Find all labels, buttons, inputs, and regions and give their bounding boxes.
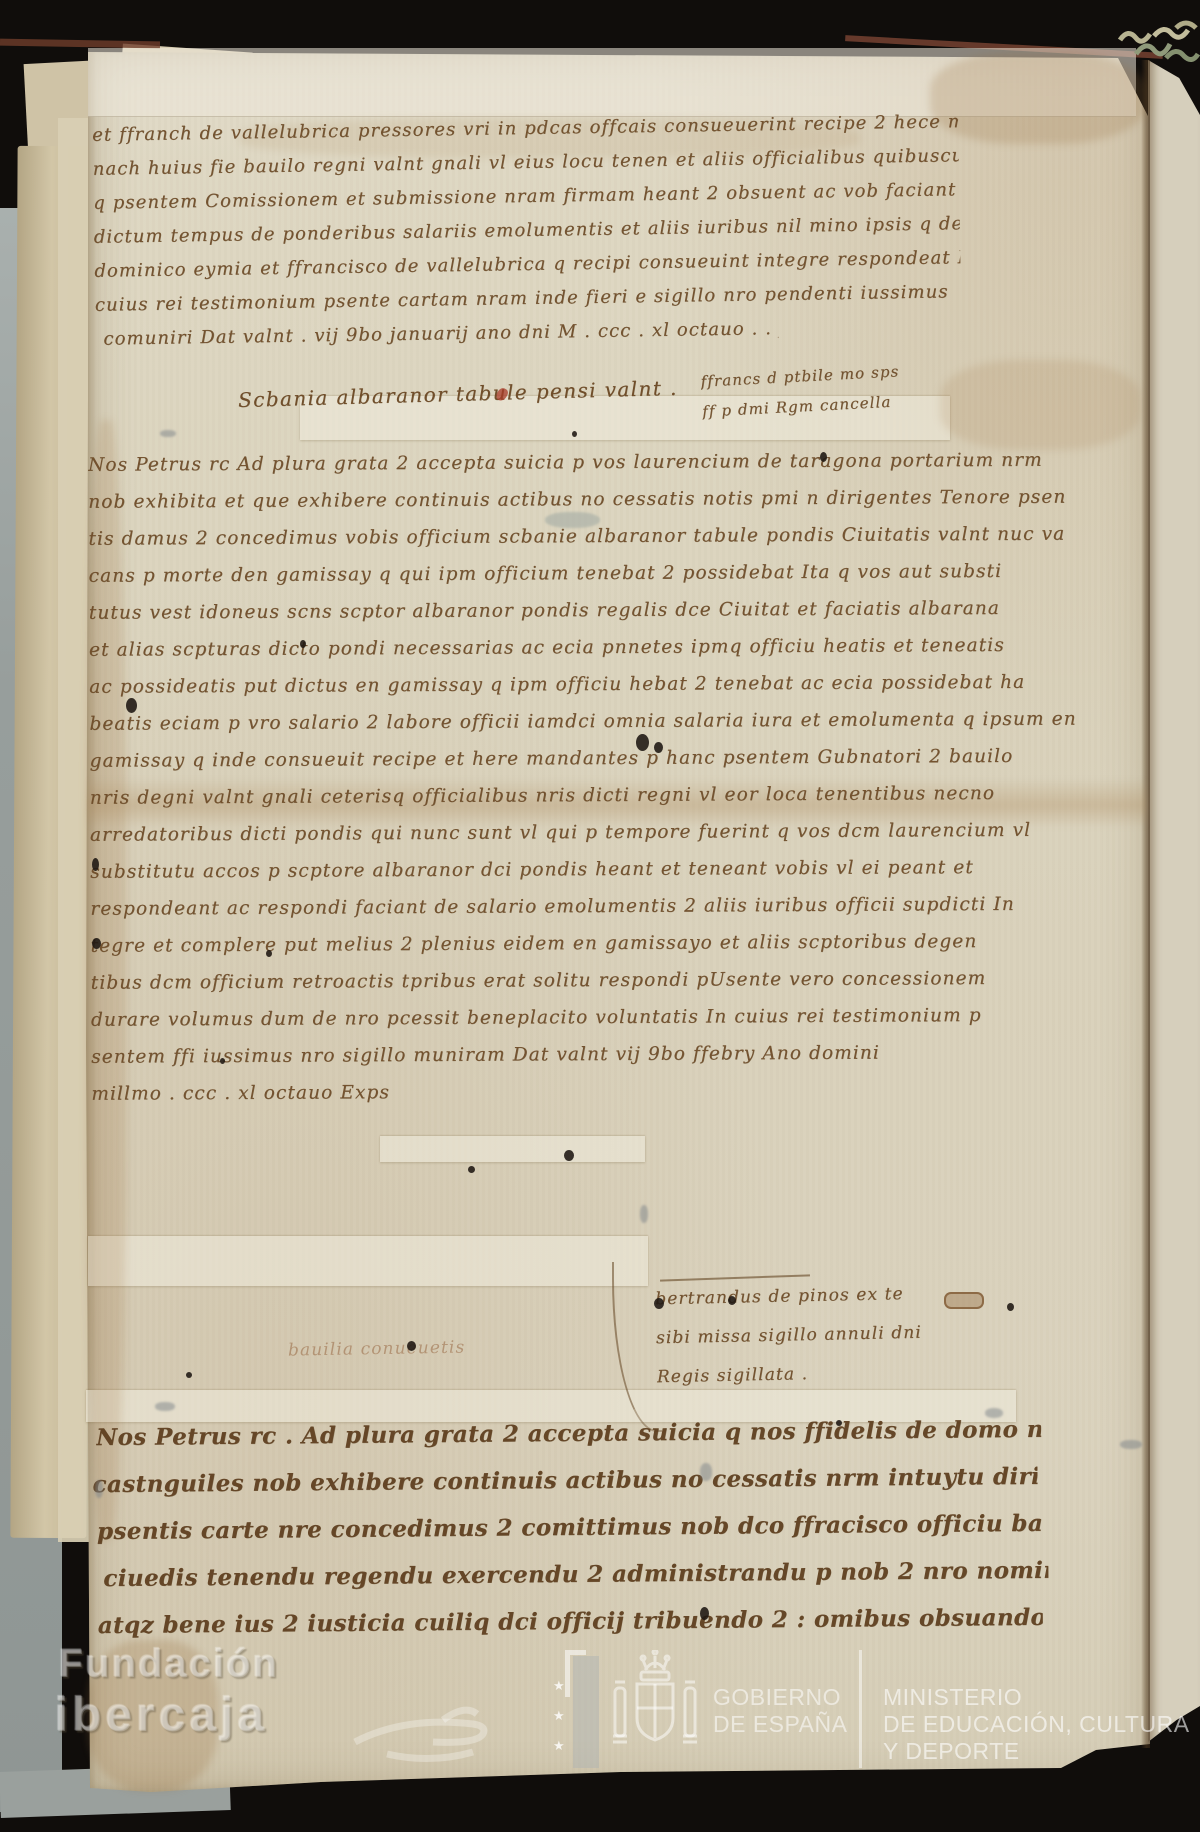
smudge — [640, 1205, 648, 1223]
watermark-ibercaja: Fundación ibercaja — [55, 1642, 525, 1802]
ministerio-line3: Y DEPORTE — [883, 1738, 1190, 1765]
repair-patch — [380, 1136, 645, 1162]
page-crease — [1141, 60, 1150, 1748]
ink-blot — [654, 1298, 664, 1309]
ink-blot — [572, 431, 577, 437]
star-icon: ★ — [553, 1708, 565, 1724]
smudge — [160, 430, 176, 437]
gobierno-watermark-text: GOBIERNO DE ESPAÑA — [713, 1684, 847, 1738]
manuscript-line: millmo . ccc . xl octauo Exps — [91, 1082, 444, 1105]
ink-blot — [220, 1058, 225, 1064]
smudge — [700, 1463, 712, 1481]
facing-page-edge — [1148, 60, 1200, 1748]
ink-blot — [636, 734, 649, 751]
ink-blot — [266, 950, 272, 957]
logo-flag-strip — [573, 1656, 599, 1768]
smudge — [1120, 1440, 1142, 1449]
repair-patch — [88, 1236, 648, 1286]
register-mark — [944, 1292, 984, 1309]
ink-blot — [654, 742, 663, 753]
ink-blot — [820, 452, 827, 462]
ibercaja-watermark-line2: ibercaja — [55, 1688, 268, 1743]
ibercaja-watermark-line1: Fundación — [59, 1642, 279, 1687]
ink-blot — [300, 640, 306, 648]
smudge — [155, 1402, 175, 1411]
ink-blot — [564, 1150, 574, 1161]
ministerio-line1: MINISTERIO — [883, 1684, 1190, 1711]
star-icon: ★ — [553, 1678, 565, 1694]
star-icon: ★ — [553, 1738, 565, 1754]
smudge — [985, 1408, 1003, 1418]
manuscript-photo: et ffranch de vallelubrica pressores vri… — [0, 0, 1200, 1832]
ink-blot — [728, 1296, 736, 1305]
ink-blot — [700, 1607, 709, 1620]
gobierno-line1: GOBIERNO — [713, 1684, 847, 1711]
ink-blot — [1007, 1303, 1014, 1311]
cover-edge — [0, 39, 160, 49]
stain — [930, 52, 1145, 144]
ink-blot — [92, 858, 99, 871]
ibercaja-bird-logo-icon — [347, 1690, 497, 1780]
ink-blot — [407, 1341, 416, 1351]
smudge — [95, 1480, 103, 1498]
ink-blot — [468, 1166, 475, 1173]
ink-blot — [186, 1372, 192, 1378]
smudge — [545, 512, 600, 528]
gobierno-line2: DE ESPAÑA — [713, 1711, 847, 1738]
ministerio-line2: DE EDUCACIÓN, CULTURA — [883, 1711, 1190, 1738]
manuscript-line: Regis sigillata . — [657, 1364, 809, 1387]
ink-blot — [836, 1420, 842, 1426]
spain-coat-of-arms-icon — [607, 1650, 703, 1772]
ink-blot — [126, 698, 137, 713]
logo-divider — [859, 1650, 862, 1768]
ministerio-watermark-text: MINISTERIO DE EDUCACIÓN, CULTURA Y DEPOR… — [883, 1684, 1190, 1765]
stain — [940, 360, 1140, 450]
ink-blot — [92, 938, 101, 949]
watermark-gobierno: ★ ★ ★ GOBIERNO DE ESPAÑA MINISTERIO DE E… — [545, 1650, 1200, 1780]
